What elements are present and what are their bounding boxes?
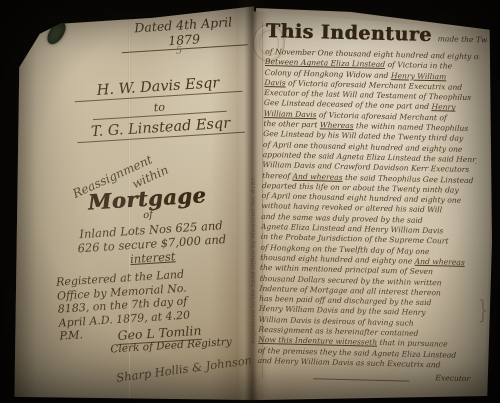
- docket-text: Dated 4th April 1879 5 H. W. Davis Esqr …: [1, 0, 267, 403]
- dated-line: Dated 4th April 1879: [120, 13, 248, 53]
- docket-page: Dated 4th April 1879 5 H. W. Davis Esqr …: [12, 4, 254, 400]
- vertical-registration-note: Registered in the Land Office by Memoria…: [251, 154, 257, 344]
- margin-pencil-mark: }: [478, 294, 488, 324]
- handwritten-body: of November One thousand eight hundred a…: [258, 47, 480, 371]
- heading-continuation: made the Twelfth day: [438, 34, 500, 45]
- indenture-page: Registered in the Land Office by Memoria…: [250, 8, 490, 400]
- indenture-heading: This Indenture: [265, 20, 432, 46]
- fill-rule: [313, 371, 409, 381]
- catchword: Executor: [435, 373, 470, 383]
- indenture-text: This Indenturemade the Twelfth day of No…: [257, 20, 480, 383]
- folio-note: 5: [175, 45, 182, 56]
- law-firm-signature: Sharp Hollis & Johnson: [115, 353, 252, 385]
- photographed-indenture-document: Dated 4th April 1879 5 H. W. Davis Esqr …: [0, 0, 500, 403]
- subject-block: Inland Lots Nos 625 and626 to secure $7,…: [57, 217, 247, 271]
